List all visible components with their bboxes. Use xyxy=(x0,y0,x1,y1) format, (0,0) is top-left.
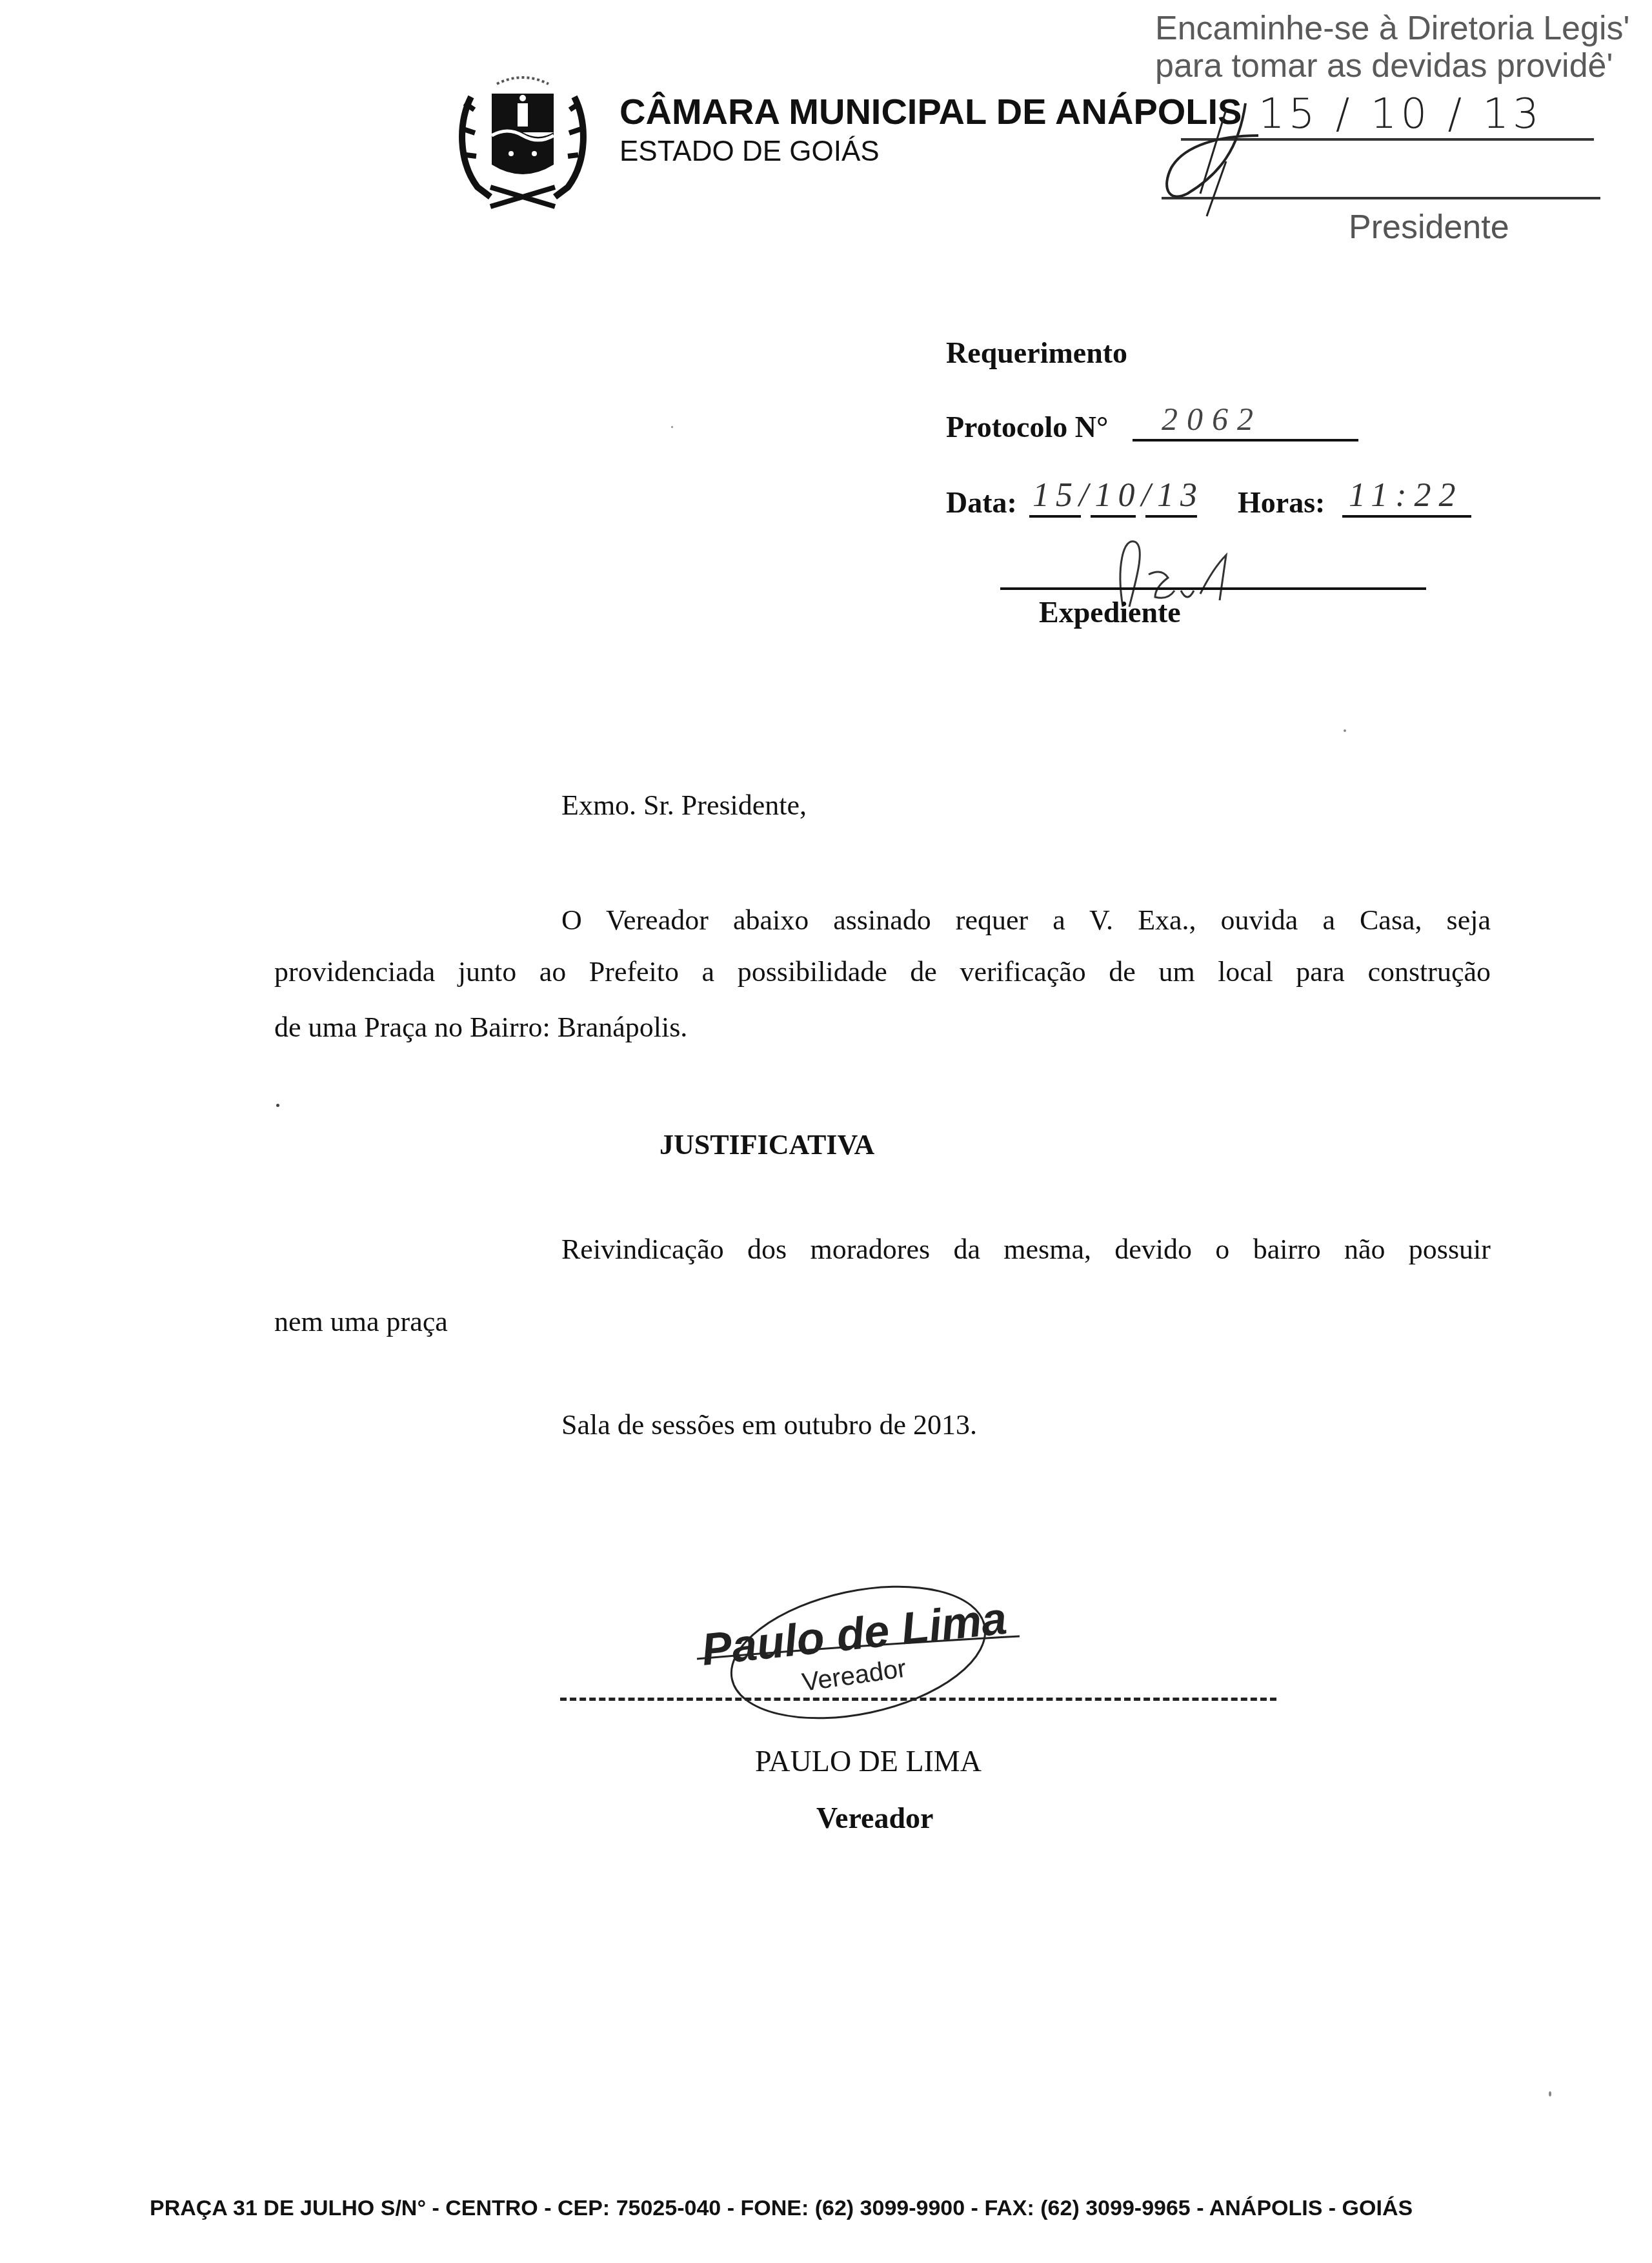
horas-label: Horas: xyxy=(1238,485,1325,520)
data-label: Data: xyxy=(946,485,1017,520)
councilor-signature-stamp: Paulo de Lima Vereador xyxy=(684,1575,1045,1743)
protocolo-label: Protocolo N° xyxy=(946,410,1108,444)
dispatch-stamp-line2: para tomar as devidas providê' xyxy=(1155,46,1613,85)
scan-speck xyxy=(1549,2091,1551,2096)
document-type-title: Requerimento xyxy=(946,336,1127,370)
protocolo-value: 2062 xyxy=(1162,400,1262,438)
expediente-signature-line xyxy=(1000,587,1426,590)
data-month-underline xyxy=(1091,515,1136,518)
scan-speck xyxy=(1344,729,1346,732)
salutation: Exmo. Sr. Presidente, xyxy=(561,789,807,822)
closing-line: Sala de sessões em outubro de 2013. xyxy=(561,1408,977,1441)
scan-speck xyxy=(276,1104,279,1107)
horas-value: 11:22 xyxy=(1349,476,1463,514)
expediente-label: Expediente xyxy=(1039,595,1181,629)
request-paragraph-line: de uma Praça no Bairro: Branápolis. xyxy=(274,1011,687,1044)
protocolo-underline xyxy=(1133,439,1358,441)
data-value: 15/10/13 xyxy=(1032,476,1204,514)
scan-speck xyxy=(671,426,673,428)
organization-state: ESTADO DE GOIÁS xyxy=(619,136,880,168)
justification-paragraph-line: Reivindicação dos moradores da mesma, de… xyxy=(561,1233,1491,1266)
justification-title: JUSTIFICATIVA xyxy=(660,1128,874,1161)
data-day-underline xyxy=(1029,515,1081,518)
signer-name: PAULO DE LIMA xyxy=(755,1744,982,1778)
justification-paragraph-line: nem uma praça xyxy=(274,1305,448,1338)
president-signature-icon xyxy=(1149,97,1316,219)
signature-line xyxy=(560,1698,1276,1701)
request-paragraph-line: O Vereador abaixo assinado requer a V. E… xyxy=(561,904,1491,937)
footer-address: PRAÇA 31 DE JULHO S/N° - CENTRO - CEP: 7… xyxy=(150,2196,1413,2221)
municipal-coat-of-arms-icon xyxy=(452,58,594,213)
dispatch-stamp-role: Presidente xyxy=(1349,208,1509,247)
data-year-underline xyxy=(1145,515,1197,518)
horas-underline xyxy=(1342,515,1471,518)
dispatch-stamp-line1: Encaminhe-se à Diretoria Legis' xyxy=(1155,9,1629,48)
request-paragraph-line: providenciada junto ao Prefeito a possib… xyxy=(274,955,1491,988)
signer-role: Vereador xyxy=(816,1801,933,1835)
